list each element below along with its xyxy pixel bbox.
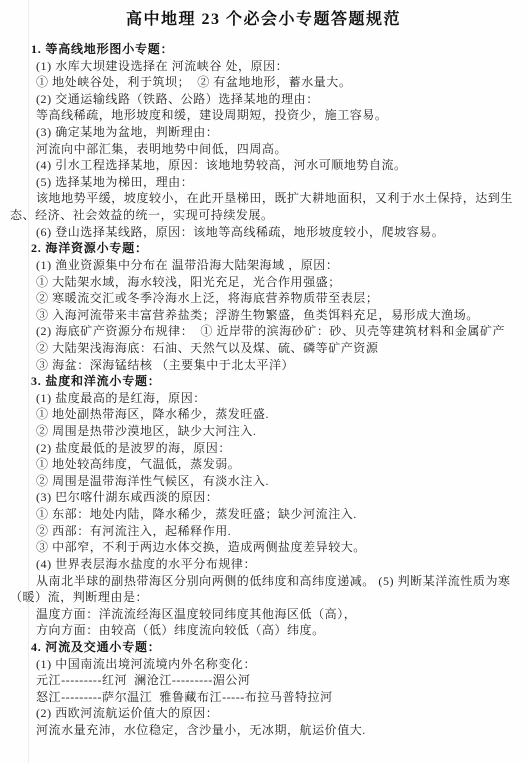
- doc-line: ② 寒暖流交汇或冬季冷海水上泛，将海底营养物质带至表层；: [10, 290, 515, 307]
- doc-line-text: 等高线稀疏，地形坡度和缓，建设周期短，投资少，施工容易。: [36, 108, 387, 122]
- doc-line: 河流水量充沛，水位稳定，含沙量小，无冰期，航运价值大.: [10, 722, 515, 739]
- doc-line: 态、经济、社会效益的统一，实现可持续发展。: [10, 207, 515, 224]
- doc-line: ① 地处副热带海区，降水稀少，蒸发旺盛.: [10, 406, 515, 423]
- doc-line-text: 河流向中部汇集，表明地势中间低，四周高。: [36, 142, 287, 156]
- doc-line-text: 2. 海洋资源小专题：: [31, 241, 148, 255]
- doc-line: 1. 等高线地形图小专题：: [10, 41, 515, 58]
- doc-line: (3) 确定某地为盆地，判断理由：: [10, 124, 515, 141]
- doc-line-text: ① 地处较高纬度，气温低，蒸发弱。: [36, 457, 240, 471]
- doc-line-text: ② 周围是热带沙漠地区，缺少大河注入.: [36, 424, 256, 438]
- doc-line: 3. 盐度和洋流小专题：: [10, 373, 515, 390]
- doc-line: ① 东部：地处内陆，降水稀少，蒸发旺盛；缺少河流注入.: [10, 506, 515, 523]
- doc-line: (1) 中国南流出境河流境内外名称变化：: [10, 656, 515, 673]
- doc-line-text: (1) 水库大坝建设选择在 河流峡谷 处，原因：: [36, 59, 288, 73]
- doc-line-text: 4. 河流及交通小专题：: [31, 640, 161, 654]
- doc-line: ① 地处较高纬度，气温低，蒸发弱。: [10, 456, 515, 473]
- doc-line-text: ② 寒暖流交汇或冬季冷海水上泛，将海底营养物质带至表层；: [36, 291, 378, 305]
- doc-line-text: ① 地处峡谷处，利于筑坝； ② 有盆地地形，蓄水量大。: [36, 75, 351, 89]
- doc-line: (1) 渔业资源集中分布在 温带沿海大陆架海域 ，原因：: [10, 257, 515, 274]
- doc-line: 等高线稀疏，地形坡度和缓，建设周期短，投资少，施工容易。: [10, 107, 515, 124]
- doc-line: (1) 盐度最高的是红海，原因：: [10, 390, 515, 407]
- doc-line-text: (4) 引水工程选择某地，原因：该地地势较高，河水可顺地势自流。: [36, 158, 407, 172]
- doc-line: 温度方面：洋流流经海区温度较同纬度其他海区低（高），: [10, 606, 515, 623]
- doc-line: (2) 盐度最低的是波罗的海，原因：: [10, 440, 515, 457]
- doc-line: （暖）流，判断理由是：: [10, 589, 515, 606]
- doc-line: (6) 登山选择某线路，原因：该地等高线稀疏，地形坡度较小，爬坡容易。: [10, 224, 515, 241]
- doc-line: 该地地势平缓，坡度较小，在此开垦梯田，既扩大耕地面积，又利于水土保持，达到生: [10, 190, 515, 207]
- doc-line-text: 元江---------红河 澜沧江---------湄公河: [36, 673, 250, 687]
- doc-line-text: 1. 等高线地形图小专题：: [31, 42, 173, 56]
- doc-line: ① 地处峡谷处，利于筑坝； ② 有盆地地形，蓄水量大。: [10, 74, 515, 91]
- document-lines: 1. 等高线地形图小专题：(1) 水库大坝建设选择在 河流峡谷 处，原因：① 地…: [10, 41, 515, 739]
- doc-line-text: (1) 渔业资源集中分布在 温带沿海大陆架海域 ，原因：: [36, 258, 338, 272]
- doc-line-text: 怒江---------萨尔温江 雅鲁藏布江-----布拉马普特拉河: [36, 690, 333, 704]
- doc-line: ② 周围是热带沙漠地区，缺少大河注入.: [10, 423, 515, 440]
- doc-line-text: ② 周围是温带海洋性气候区，有淡水注入.: [36, 474, 269, 488]
- doc-line: 元江---------红河 澜沧江---------湄公河: [10, 672, 515, 689]
- doc-line-text: (3) 确定某地为盆地，判断理由：: [36, 125, 218, 139]
- doc-line-text: ① 东部：地处内陆，降水稀少，蒸发旺盛；缺少河流注入.: [36, 507, 357, 521]
- doc-line-text: 3. 盐度和洋流小专题：: [31, 374, 161, 388]
- doc-line-text: ① 地处副热带海区，降水稀少，蒸发旺盛.: [36, 407, 269, 421]
- doc-line-text: (2) 盐度最低的是波罗的海，原因：: [36, 441, 231, 455]
- doc-line: ② 西部：有河流注入，起稀释作用.: [10, 523, 515, 540]
- doc-line-text: （暖）流，判断理由是：: [10, 590, 148, 604]
- doc-line: ③ 海盆：深海锰结核 （主要集中于北太平洋）: [10, 357, 515, 374]
- doc-line-text: 从南北半球的副热带海区分别向两侧的低纬度和高纬度递减。 (5) 判断某洋流性质为…: [36, 574, 511, 588]
- doc-line-text: (2) 西欧河流航运价值大的原因：: [36, 706, 218, 720]
- doc-line: ③ 入海河流带来丰富营养盐类；浮游生物繁盛，鱼类饵料充足，易形成大渔场。: [10, 307, 515, 324]
- doc-line-text: (2) 海底矿产资源分布规律： ① 近岸带的滨海砂矿：砂、贝壳等建筑材料和金属矿…: [36, 324, 505, 338]
- doc-line-text: (1) 中国南流出境河流境内外名称变化：: [36, 657, 256, 671]
- doc-line: (1) 水库大坝建设选择在 河流峡谷 处，原因：: [10, 58, 515, 75]
- doc-line-text: 方向方面：由较高（低）纬度流向较低（高）纬度。: [36, 623, 325, 637]
- doc-line: ② 大陆架浅海海底：石油、天然气以及煤、硫、磷等矿产资源: [10, 340, 515, 357]
- doc-line: ② 周围是温带海洋性气候区，有淡水注入.: [10, 473, 515, 490]
- doc-line-text: 温度方面：洋流流经海区温度较同纬度其他海区低（高），: [36, 607, 356, 621]
- doc-line-text: ③ 海盆：深海锰结核 （主要集中于北太平洋）: [36, 358, 294, 372]
- doc-line-text: ③ 入海河流带来丰富营养盐类；浮游生物繁盛，鱼类饵料充足，易形成大渔场。: [36, 308, 479, 322]
- doc-line-text: 态、经济、社会效益的统一，实现可持续发展。: [10, 208, 274, 222]
- doc-line-text: (2) 交通运输线路（铁路、公路）选择某地的理由：: [36, 92, 319, 106]
- doc-line: (4) 引水工程选择某地，原因：该地地势较高，河水可顺地势自流。: [10, 157, 515, 174]
- doc-line: 方向方面：由较高（低）纬度流向较低（高）纬度。: [10, 622, 515, 639]
- document-page: 高中地理 23 个必会小专题答题规范 1. 等高线地形图小专题：(1) 水库大坝…: [0, 0, 527, 763]
- doc-line: ① 大陆架水域，海水较浅，阳光充足，光合作用强盛；: [10, 274, 515, 291]
- doc-line: (2) 海底矿产资源分布规律： ① 近岸带的滨海砂矿：砂、贝壳等建筑材料和金属矿…: [10, 323, 515, 340]
- doc-line: 怒江---------萨尔温江 雅鲁藏布江-----布拉马普特拉河: [10, 689, 515, 706]
- doc-line-text: ② 西部：有河流注入，起稀释作用.: [36, 524, 231, 538]
- doc-line: 2. 海洋资源小专题：: [10, 240, 515, 257]
- doc-line: 从南北半球的副热带海区分别向两侧的低纬度和高纬度递减。 (5) 判断某洋流性质为…: [10, 573, 515, 590]
- doc-line-text: (6) 登山选择某线路，原因：该地等高线稀疏，地形坡度较小，爬坡容易。: [36, 225, 444, 239]
- page-title: 高中地理 23 个必会小专题答题规范: [0, 9, 527, 31]
- doc-line-text: ① 大陆架水域，海水较浅，阳光充足，光合作用强盛；: [36, 275, 341, 289]
- doc-line: 河流向中部汇集，表明地势中间低，四周高。: [10, 141, 515, 158]
- doc-line: (2) 交通运输线路（铁路、公路）选择某地的理由：: [10, 91, 515, 108]
- doc-line-text: 该地地势平缓，坡度较小，在此开垦梯田，既扩大耕地面积，又利于水土保持，达到生: [36, 191, 513, 205]
- doc-line-text: ② 大陆架浅海海底：石油、天然气以及煤、硫、磷等矿产资源: [36, 341, 378, 355]
- doc-line-text: (4) 世界表层海水盐度的水平分布规律：: [36, 557, 256, 571]
- doc-line: (2) 西欧河流航运价值大的原因：: [10, 705, 515, 722]
- doc-line: ③ 中部窄，不利于两边水体交换，造成两侧盐度差异较大。: [10, 539, 515, 556]
- doc-line: (5) 选择某地为梯田，理由：: [10, 174, 515, 191]
- doc-line: (4) 世界表层海水盐度的水平分布规律：: [10, 556, 515, 573]
- doc-line-text: 河流水量充沛，水位稳定，含沙量小，无冰期，航运价值大.: [36, 723, 366, 737]
- doc-line: 4. 河流及交通小专题：: [10, 639, 515, 656]
- doc-line-text: (1) 盐度最高的是红海，原因：: [36, 391, 206, 405]
- doc-line-text: ③ 中部窄，不利于两边水体交换，造成两侧盐度差异较大。: [36, 540, 366, 554]
- doc-line: (3) 巴尔喀什湖东咸西淡的原因：: [10, 489, 515, 506]
- doc-line-text: (3) 巴尔喀什湖东咸西淡的原因：: [36, 490, 218, 504]
- doc-line-text: (5) 选择某地为梯田，理由：: [36, 175, 193, 189]
